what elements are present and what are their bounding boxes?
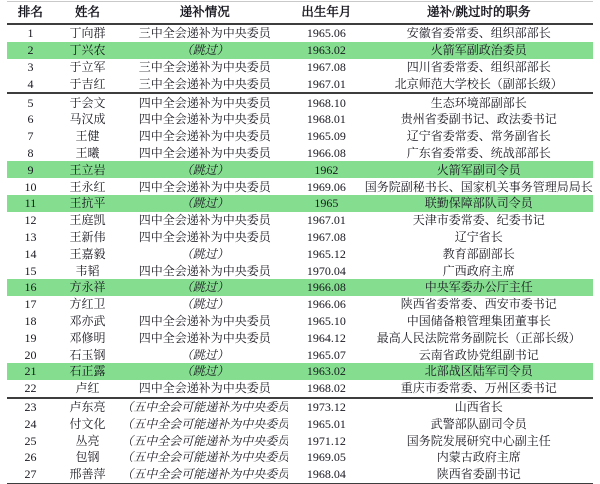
table-row: 22卢红四中全会递补为中央委员1968.02重庆市委常委、万州区委书记 <box>7 380 593 398</box>
table-row: 21石正露（跳过）1963.02北部战区陆军司令员 <box>7 363 593 380</box>
cell-name: 韦韬 <box>54 262 121 279</box>
cell-name: 丁兴农 <box>54 42 121 59</box>
table-row: 10王永红四中全会递补为中央委员1969.06国务院副秘书长、国家机关事务管理局… <box>7 178 593 195</box>
cell-name: 石玉钢 <box>54 346 121 363</box>
cell-birth: 1962 <box>288 161 364 178</box>
cell-birth: 1964.12 <box>288 329 364 346</box>
cell-rank: 2 <box>7 42 54 59</box>
cell-rank: 14 <box>7 245 54 262</box>
cell-birth: 1965 <box>288 195 364 212</box>
cell-name: 王庭凯 <box>54 212 121 229</box>
table-row: 12王庭凯四中全会递补为中央委员1967.01天津市委常委、纪委书记 <box>7 212 593 229</box>
table-row: 4于吉红三中全会递补为中央委员1967.01北京师范大学校长（副部长级） <box>7 75 593 93</box>
cell-birth: 1971.12 <box>288 432 364 449</box>
cell-birth: 1965.10 <box>288 313 364 330</box>
supplement-table: 排名 姓名 递补情况 出生年月 递补/跳过时的职务 1丁向群三中全会递补为中央委… <box>7 1 593 484</box>
cell-name: 卢东亮 <box>54 398 121 416</box>
cell-job: 中国储备粮管理集团董事长 <box>364 313 593 330</box>
cell-job: 联勤保障部队司令员 <box>364 195 593 212</box>
cell-name: 于会文 <box>54 93 121 111</box>
cell-birth: 1967.08 <box>288 229 364 246</box>
cell-birth: 1966.08 <box>288 279 364 296</box>
cell-rank: 25 <box>7 432 54 449</box>
cell-job: 国务院副秘书长、国家机关事务管理局局长 <box>364 178 593 195</box>
cell-birth: 1966.08 <box>288 145 364 162</box>
cell-status: 四中全会递补为中央委员 <box>121 212 288 229</box>
cell-status: （跳过） <box>121 42 288 59</box>
cell-job: 中央军委办公厅主任 <box>364 279 593 296</box>
cell-rank: 3 <box>7 59 54 76</box>
cell-name: 邢善萍 <box>54 466 121 484</box>
cell-job: 陕西省委常委、西安市委书记 <box>364 296 593 313</box>
cell-birth: 1965.01 <box>288 415 364 432</box>
cell-birth: 1965.06 <box>288 24 364 42</box>
cell-birth: 1969.05 <box>288 449 364 466</box>
cell-status: （五中全会可能递补为中央委员） <box>121 398 288 416</box>
cell-rank: 21 <box>7 363 54 380</box>
table-body: 1丁向群三中全会递补为中央委员1965.06安徽省委常委、组织部部长2丁兴农（跳… <box>7 24 593 484</box>
cell-birth: 1968.10 <box>288 93 364 111</box>
cell-status: 四中全会递补为中央委员 <box>121 262 288 279</box>
cell-status: （跳过） <box>121 346 288 363</box>
cell-job: 云南省政协党组副书记 <box>364 346 593 363</box>
cell-rank: 13 <box>7 229 54 246</box>
table-row: 11王抗平（跳过）1965联勤保障部队司令员 <box>7 195 593 212</box>
cell-name: 王永红 <box>54 178 121 195</box>
cell-job: 国务院发展研究中心副主任 <box>364 432 593 449</box>
table-row: 15韦韬四中全会递补为中央委员1970.04广西政府主席 <box>7 262 593 279</box>
table-header: 排名 姓名 递补情况 出生年月 递补/跳过时的职务 <box>7 2 593 25</box>
table-row: 17方红卫（跳过）1966.06陕西省委常委、西安市委书记 <box>7 296 593 313</box>
table-row: 23卢东亮（五中全会可能递补为中央委员）1973.12山西省长 <box>7 398 593 416</box>
cell-status: 四中全会递补为中央委员 <box>121 93 288 111</box>
page: 排名 姓名 递补情况 出生年月 递补/跳过时的职务 1丁向群三中全会递补为中央委… <box>0 0 600 484</box>
table-row: 3于立军三中全会递补为中央委员1967.08四川省委常委、组织部部长 <box>7 59 593 76</box>
col-header-job: 递补/跳过时的职务 <box>364 2 593 25</box>
cell-status: （跳过） <box>121 161 288 178</box>
col-header-birth: 出生年月 <box>288 2 364 25</box>
cell-job: 山西省长 <box>364 398 593 416</box>
cell-status: 四中全会递补为中央委员 <box>121 329 288 346</box>
cell-status: （五中全会可能递补为中央委员） <box>121 449 288 466</box>
table-row: 20石玉钢（跳过）1965.07云南省政协党组副书记 <box>7 346 593 363</box>
col-header-name: 姓名 <box>54 2 121 25</box>
cell-name: 卢红 <box>54 380 121 398</box>
cell-status: 四中全会递补为中央委员 <box>121 145 288 162</box>
table-row: 9王立岩（跳过）1962火箭军副司令员 <box>7 161 593 178</box>
cell-rank: 18 <box>7 313 54 330</box>
cell-name: 王曦 <box>54 145 121 162</box>
cell-job: 辽宁省委常委、常务副省长 <box>364 128 593 145</box>
cell-status: 三中全会递补为中央委员 <box>121 59 288 76</box>
cell-status: （五中全会可能递补为中央委员） <box>121 432 288 449</box>
cell-job: 广西政府主席 <box>364 262 593 279</box>
cell-rank: 6 <box>7 111 54 128</box>
cell-status: （五中全会可能递补为中央委员） <box>121 466 288 484</box>
cell-job: 最高人民法院常务副院长（正部长级） <box>364 329 593 346</box>
table-row: 26包钢（五中全会可能递补为中央委员）1969.05内蒙古政府主席 <box>7 449 593 466</box>
cell-status: 四中全会递补为中央委员 <box>121 313 288 330</box>
cell-status: （跳过） <box>121 195 288 212</box>
table-row: 8王曦四中全会递补为中央委员1966.08广东省委常委、统战部部长 <box>7 145 593 162</box>
table-row: 1丁向群三中全会递补为中央委员1965.06安徽省委常委、组织部部长 <box>7 24 593 42</box>
cell-status: （跳过） <box>121 363 288 380</box>
cell-birth: 1965.12 <box>288 245 364 262</box>
cell-birth: 1973.12 <box>288 398 364 416</box>
cell-name: 包钢 <box>54 449 121 466</box>
cell-rank: 5 <box>7 93 54 111</box>
cell-name: 王嘉毅 <box>54 245 121 262</box>
cell-rank: 17 <box>7 296 54 313</box>
cell-birth: 1967.08 <box>288 59 364 76</box>
cell-birth: 1968.02 <box>288 380 364 398</box>
cell-job: 安徽省委常委、组织部部长 <box>364 24 593 42</box>
cell-name: 丛亮 <box>54 432 121 449</box>
cell-rank: 8 <box>7 145 54 162</box>
cell-name: 邓修明 <box>54 329 121 346</box>
cell-status: 四中全会递补为中央委员 <box>121 128 288 145</box>
cell-name: 方红卫 <box>54 296 121 313</box>
cell-job: 武警部队副司令员 <box>364 415 593 432</box>
table-row: 25丛亮（五中全会可能递补为中央委员）1971.12国务院发展研究中心副主任 <box>7 432 593 449</box>
cell-name: 王健 <box>54 128 121 145</box>
cell-job: 生态环境部副部长 <box>364 93 593 111</box>
cell-status: （五中全会可能递补为中央委员） <box>121 415 288 432</box>
cell-rank: 20 <box>7 346 54 363</box>
cell-name: 方永祥 <box>54 279 121 296</box>
cell-job: 四川省委常委、组织部部长 <box>364 59 593 76</box>
cell-name: 王立岩 <box>54 161 121 178</box>
cell-rank: 7 <box>7 128 54 145</box>
cell-job: 辽宁省长 <box>364 229 593 246</box>
table-row: 16方永祥（跳过）1966.08中央军委办公厅主任 <box>7 279 593 296</box>
cell-job: 教育部副部长 <box>364 245 593 262</box>
cell-status: （跳过） <box>121 245 288 262</box>
cell-birth: 1970.04 <box>288 262 364 279</box>
cell-job: 火箭军副司令员 <box>364 161 593 178</box>
cell-status: 四中全会递补为中央委员 <box>121 111 288 128</box>
cell-birth: 1967.01 <box>288 212 364 229</box>
col-header-rank: 排名 <box>7 2 54 25</box>
cell-job: 北京师范大学校长（副部长级） <box>364 75 593 93</box>
table-row: 14王嘉毅（跳过）1965.12教育部副部长 <box>7 245 593 262</box>
table-row: 5于会文四中全会递补为中央委员1968.10生态环境部副部长 <box>7 93 593 111</box>
cell-status: 四中全会递补为中央委员 <box>121 229 288 246</box>
cell-rank: 16 <box>7 279 54 296</box>
cell-status: 三中全会递补为中央委员 <box>121 24 288 42</box>
cell-rank: 10 <box>7 178 54 195</box>
cell-birth: 1963.02 <box>288 42 364 59</box>
table-row: 18邓亦武四中全会递补为中央委员1965.10中国储备粮管理集团董事长 <box>7 313 593 330</box>
table-row: 13王新伟四中全会递补为中央委员1967.08辽宁省长 <box>7 229 593 246</box>
table-row: 27邢善萍（五中全会可能递补为中央委员）1968.04陕西省委副书记 <box>7 466 593 484</box>
cell-job: 陕西省委副书记 <box>364 466 593 484</box>
cell-status: （跳过） <box>121 279 288 296</box>
cell-rank: 1 <box>7 24 54 42</box>
cell-name: 于吉红 <box>54 75 121 93</box>
cell-rank: 23 <box>7 398 54 416</box>
cell-birth: 1969.06 <box>288 178 364 195</box>
cell-rank: 26 <box>7 449 54 466</box>
header-row: 排名 姓名 递补情况 出生年月 递补/跳过时的职务 <box>7 2 593 25</box>
table-row: 19邓修明四中全会递补为中央委员1964.12最高人民法院常务副院长（正部长级） <box>7 329 593 346</box>
cell-rank: 11 <box>7 195 54 212</box>
cell-status: 三中全会递补为中央委员 <box>121 75 288 93</box>
cell-status: （跳过） <box>121 296 288 313</box>
cell-rank: 15 <box>7 262 54 279</box>
cell-name: 丁向群 <box>54 24 121 42</box>
cell-rank: 27 <box>7 466 54 484</box>
cell-birth: 1963.02 <box>288 363 364 380</box>
cell-rank: 12 <box>7 212 54 229</box>
cell-job: 火箭军副政治委员 <box>364 42 593 59</box>
cell-name: 王抗平 <box>54 195 121 212</box>
cell-status: 四中全会递补为中央委员 <box>121 380 288 398</box>
cell-name: 于立军 <box>54 59 121 76</box>
cell-job: 贵州省委副书记、政法委书记 <box>364 111 593 128</box>
cell-job: 重庆市委常委、万州区委书记 <box>364 380 593 398</box>
cell-job: 广东省委常委、统战部部长 <box>364 145 593 162</box>
cell-rank: 22 <box>7 380 54 398</box>
cell-birth: 1965.07 <box>288 346 364 363</box>
cell-birth: 1967.01 <box>288 75 364 93</box>
table-row: 6马汉成四中全会递补为中央委员1968.01贵州省委副书记、政法委书记 <box>7 111 593 128</box>
cell-rank: 24 <box>7 415 54 432</box>
table-row: 2丁兴农（跳过）1963.02火箭军副政治委员 <box>7 42 593 59</box>
cell-birth: 1965.09 <box>288 128 364 145</box>
cell-job: 北部战区陆军司令员 <box>364 363 593 380</box>
table-row: 7王健四中全会递补为中央委员1965.09辽宁省委常委、常务副省长 <box>7 128 593 145</box>
cell-name: 王新伟 <box>54 229 121 246</box>
cell-rank: 9 <box>7 161 54 178</box>
cell-rank: 4 <box>7 75 54 93</box>
cell-name: 石正露 <box>54 363 121 380</box>
cell-birth: 1968.01 <box>288 111 364 128</box>
col-header-status: 递补情况 <box>121 2 288 25</box>
cell-name: 邓亦武 <box>54 313 121 330</box>
cell-job: 内蒙古政府主席 <box>364 449 593 466</box>
cell-rank: 19 <box>7 329 54 346</box>
cell-birth: 1968.04 <box>288 466 364 484</box>
cell-status: 四中全会递补为中央委员 <box>121 178 288 195</box>
cell-birth: 1966.06 <box>288 296 364 313</box>
cell-job: 天津市委常委、纪委书记 <box>364 212 593 229</box>
table-row: 24付文化（五中全会可能递补为中央委员）1965.01武警部队副司令员 <box>7 415 593 432</box>
cell-name: 付文化 <box>54 415 121 432</box>
cell-name: 马汉成 <box>54 111 121 128</box>
